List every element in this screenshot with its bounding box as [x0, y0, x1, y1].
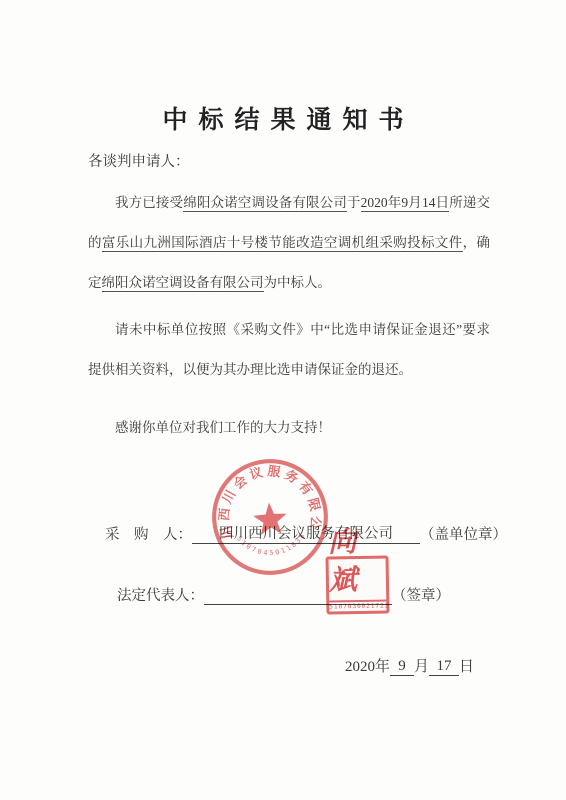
date-month-value: 9 [390, 658, 414, 676]
p1-underlined-project: 富乐山九洲国际酒店十号楼节能改造空调机组采购投标文件 [102, 235, 463, 252]
purchaser-name-field: 四川西川会议服务有限公司 [192, 522, 420, 544]
p1-seg1: 我方已接受 [115, 195, 183, 210]
personal-seal-number: 5107030021722 [329, 600, 386, 612]
date-month-unit: 月 [414, 659, 429, 675]
document-body: 我方已接受绵阳众诺空调设备有限公司于2020年9月14日所递交的富乐山九洲国际酒… [88, 183, 490, 448]
paragraph-refund-notice: 请未中标单位按照《采购文件》中“比选申请保证金退还”要求提供相关资料，以便为其办… [88, 310, 490, 390]
seal-ring [210, 457, 329, 576]
purchaser-line: 采 购 人：四川西川会议服务有限公司（盖单位章） [105, 522, 507, 544]
legal-representative-line: 法定代表人： （签章） [117, 584, 450, 605]
paragraph-acceptance: 我方已接受绵阳众诺空调设备有限公司于2020年9月14日所递交的富乐山九洲国际酒… [88, 183, 490, 303]
p1-underlined-bidder-2: 绵阳众诺空调设备有限公司 [102, 275, 264, 292]
date-line: 2020年9月17日 [345, 655, 474, 676]
personal-seal-name: 向斌 [328, 524, 386, 601]
paragraph-thanks: 感谢你单位对我们工作的大力支持！ [88, 408, 490, 448]
square-personal-seal: 向斌 5107030021722 [325, 555, 389, 614]
salutation-line: 各谈判申请人： [88, 150, 190, 171]
date-year: 2020年 [345, 659, 390, 675]
p1-seg5: 为中标人。 [264, 275, 332, 290]
legal-rep-seal-hint: （签章） [392, 588, 450, 604]
p1-underlined-bidder-1: 绵阳众诺空调设备有限公司 [183, 195, 347, 212]
date-day-unit: 日 [459, 659, 474, 675]
document-title: 中标结果通知书 [0, 100, 566, 136]
legal-rep-label: 法定代表人： [117, 588, 204, 604]
date-day-value: 17 [429, 658, 459, 676]
p1-seg2: 于 [347, 195, 361, 210]
document-page: 中标结果通知书 各谈判申请人： 我方已接受绵阳众诺空调设备有限公司于2020年9… [0, 0, 566, 800]
round-company-seal: 四川西川会议服务有限公司 5107045011836 [205, 452, 335, 582]
purchaser-label: 采 购 人： [105, 527, 192, 543]
purchaser-seal-hint: （盖单位章） [420, 527, 507, 543]
p1-underlined-date: 2020年9月14日 [361, 195, 450, 212]
